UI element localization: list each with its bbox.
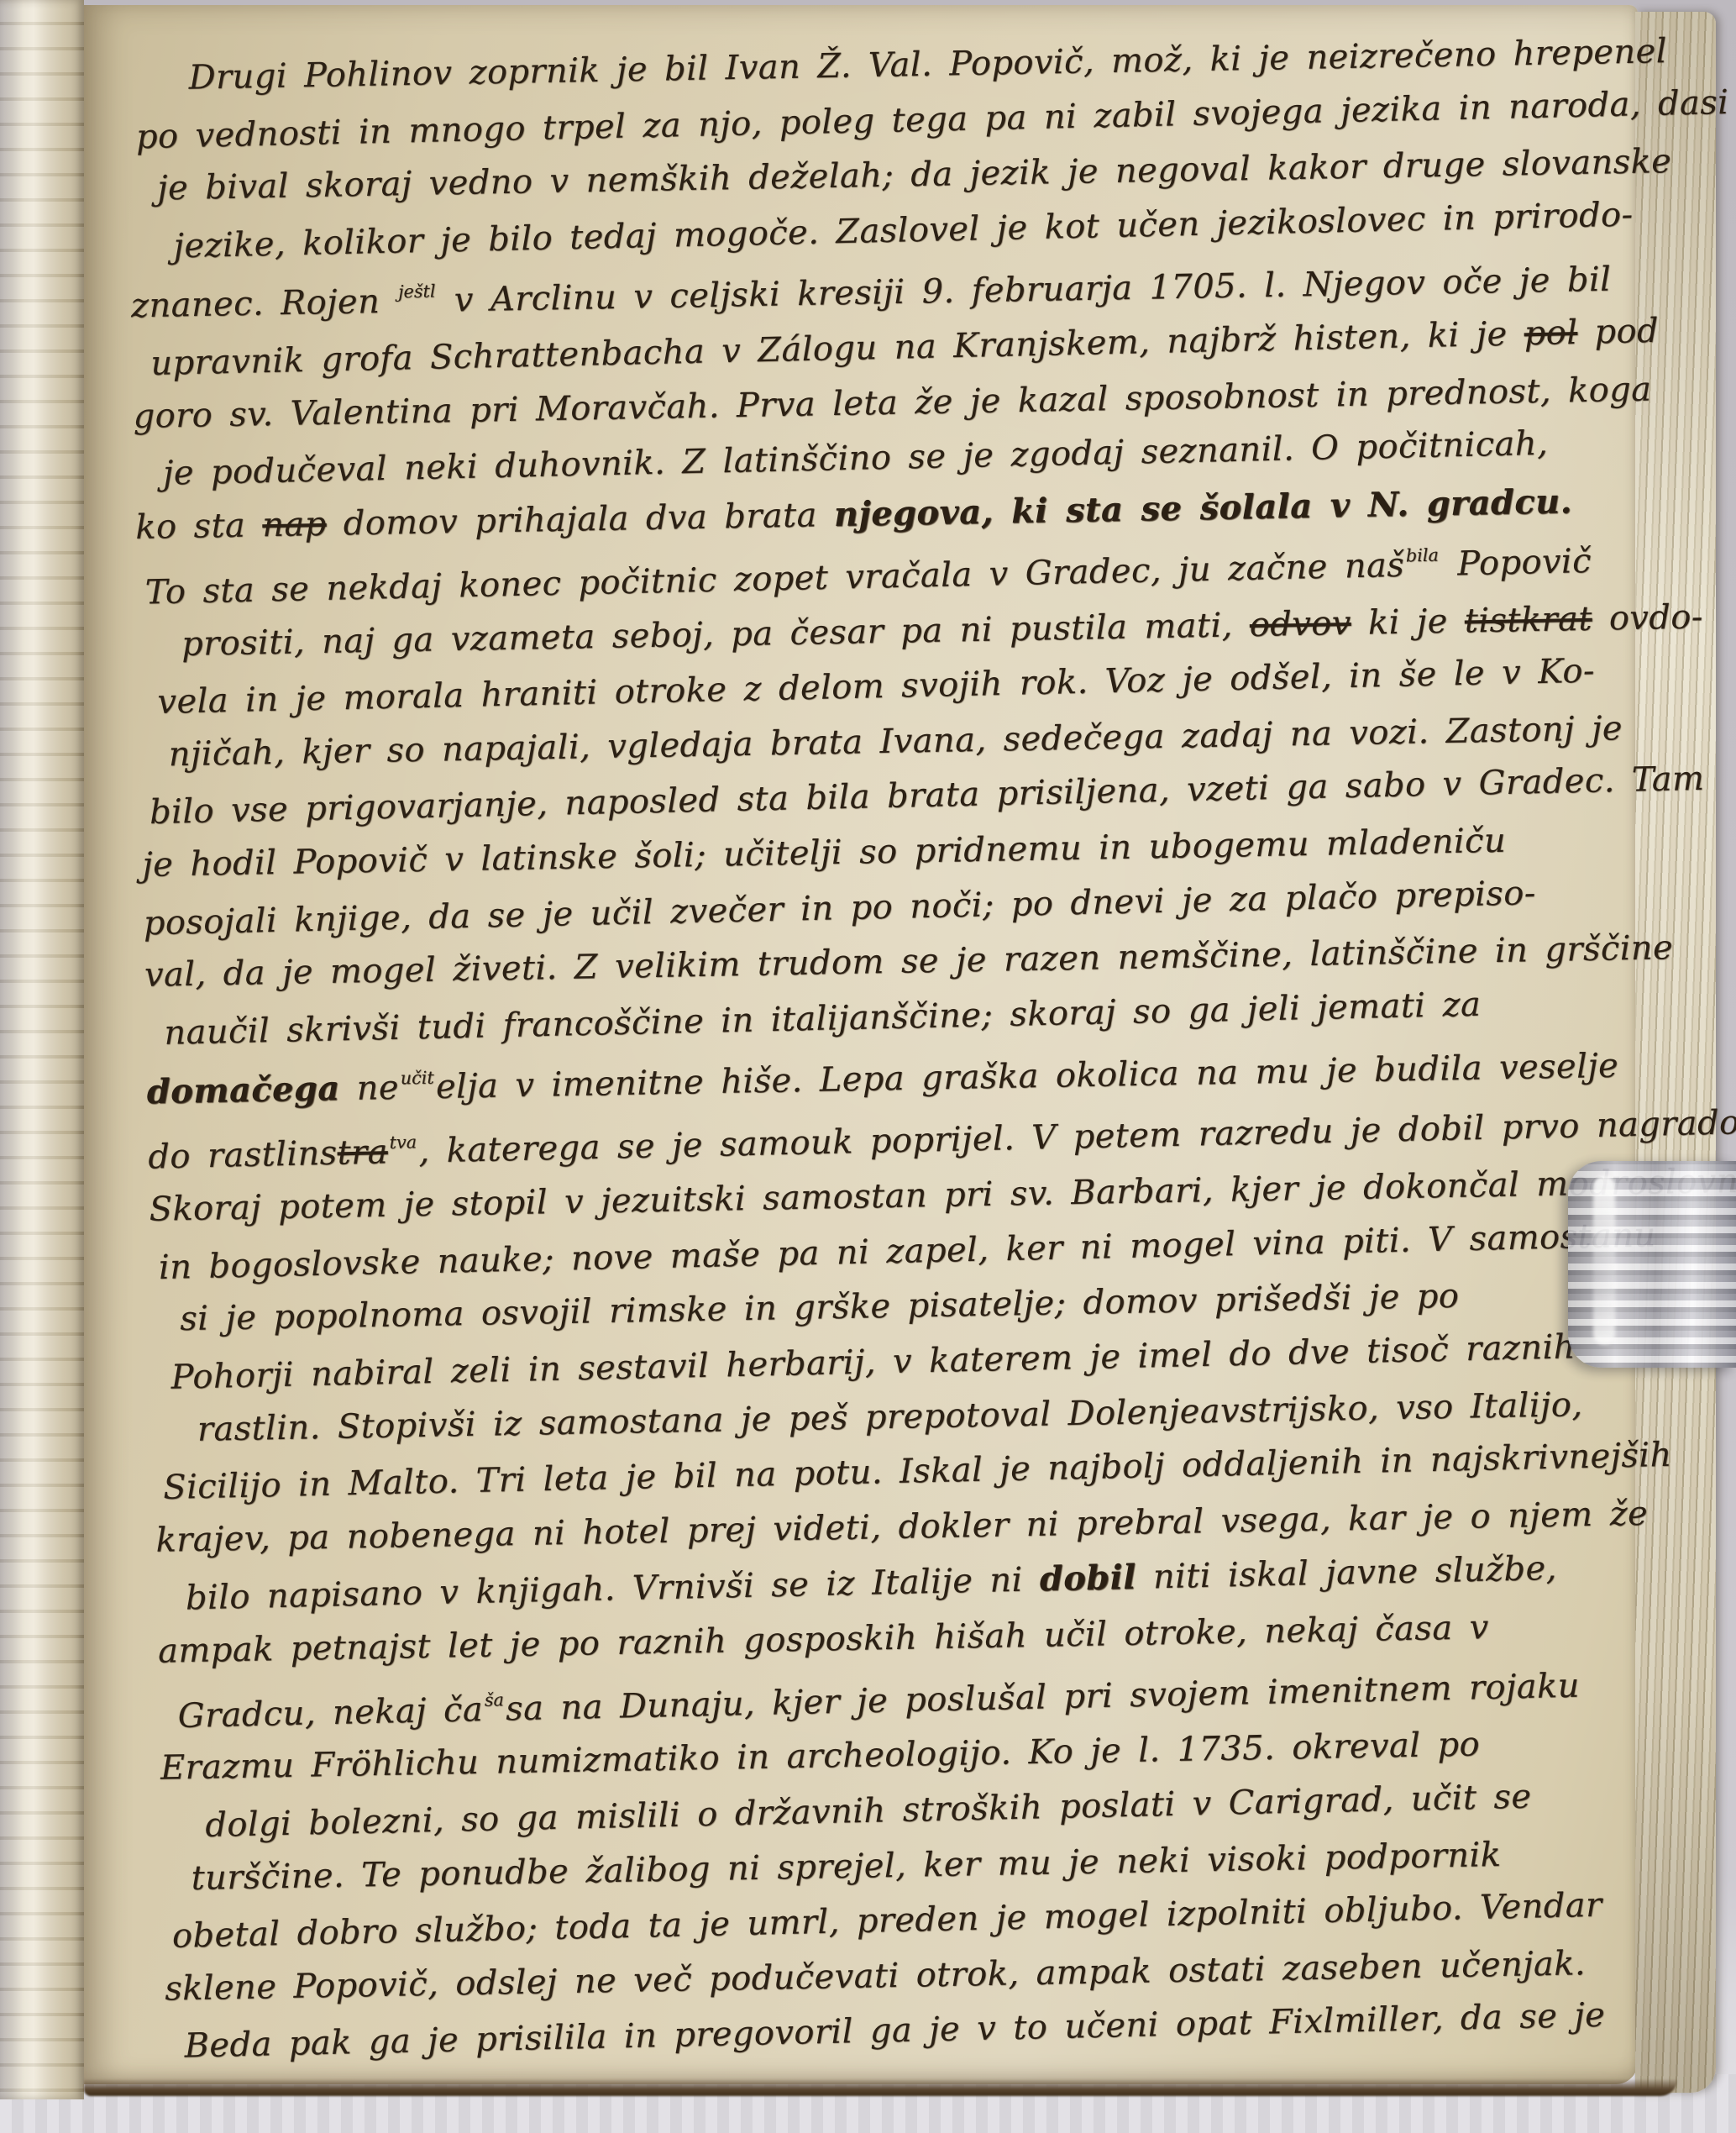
glass-glint [1593,1176,1615,1344]
page-bottom-edge [84,2079,1677,2096]
page-stack-left-edge [0,0,84,2099]
table-surface: Drugi Pohlinov zoprnik je bil Ivan Ž. Va… [0,0,1736,2133]
manuscript-text: Drugi Pohlinov zoprnik je bil Ivan Ž. Va… [126,24,1678,2074]
glass-paperweight [1568,1161,1736,1368]
